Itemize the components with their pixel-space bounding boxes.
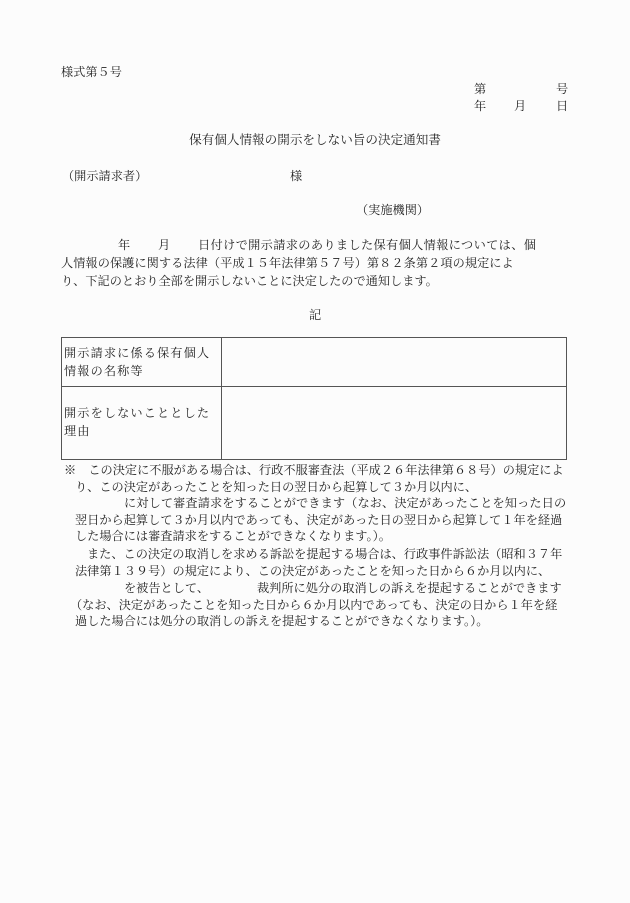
body-line-2: 人情報の保護に関する法律（平成１５年法律第５７号）第８２条第２項の規定によ [61, 255, 514, 271]
document-number-suffix: 号 [556, 81, 568, 97]
label-line: 理由 [64, 422, 222, 440]
addressee-label: （開示請求者） [62, 168, 147, 184]
date-year: 年 [474, 98, 486, 114]
addressee-honorific: 様 [290, 168, 302, 184]
note-line-8b: 裁判所に処分の取消しの訴えを提起することができます [257, 580, 562, 596]
label-line: 開示請求に係る保有個人 [64, 344, 222, 362]
issuer-label: （実施機関） [356, 202, 429, 218]
note-line-1: ※ この決定に不服がある場合は、行政不服審査法（平成２６年法律第６８号）の規定に… [64, 462, 564, 478]
note-line-3: に対して審査請求をすることができます（なお、決定があったことを知った日の [124, 495, 566, 511]
date-month: 月 [514, 98, 526, 114]
note-line-4: 翌日から起算して３か月以内であっても、決定があった日の翌日から起算して１年を経過 [75, 512, 562, 528]
note-line-5: した場合には審査請求をすることができなくなります。）。 [75, 528, 391, 544]
body-line-1: 日付けで開示請求のありました保有個人情報については、個 [198, 237, 536, 253]
note-line-6: また、この決定の取消しを求める訴訟を提起する場合は、行政事件訴訟法（昭和３７年 [87, 546, 562, 562]
details-table: 開示請求に係る保有個人 情報の名称等 開示をしないこととした 理由 [61, 337, 567, 460]
note-line-8a: を被告として、 [124, 580, 209, 596]
body-year: 年 [118, 237, 130, 253]
label-line: 開示をしないこととした [64, 404, 222, 422]
table-row-value-reason [224, 387, 564, 459]
form-number: 様式第５号 [61, 64, 122, 80]
note-line-2: り、この決定があったことを知った日の翌日から起算して３か月以内に、 [75, 479, 477, 495]
body-month: 月 [158, 237, 170, 253]
table-row-label-reason: 開示をしないこととした 理由 [64, 404, 222, 440]
document-number-prefix: 第 [474, 81, 486, 97]
document-title: 保有個人情報の開示をしない旨の決定通知書 [0, 132, 630, 148]
body-line-3: り、下記のとおり全部を開示しないことに決定したので通知します。 [61, 273, 438, 289]
label-line: 情報の名称等 [64, 362, 222, 380]
note-line-7: 法律第１３９号）の規定により、この決定があったことを知った日から６か月以内に、 [75, 563, 550, 579]
table-row-label-info-name: 開示請求に係る保有個人 情報の名称等 [64, 344, 222, 380]
date-day: 日 [556, 98, 568, 114]
ki-heading: 記 [309, 307, 321, 323]
note-line-9: （なお、決定があったことを知った日から６か月以内であっても、決定の日から１年を経 [70, 597, 557, 613]
table-row-value-info-name [224, 338, 564, 386]
note-line-10: 過した場合には処分の取消しの訴えを提起することができなくなります。）。 [75, 613, 488, 629]
